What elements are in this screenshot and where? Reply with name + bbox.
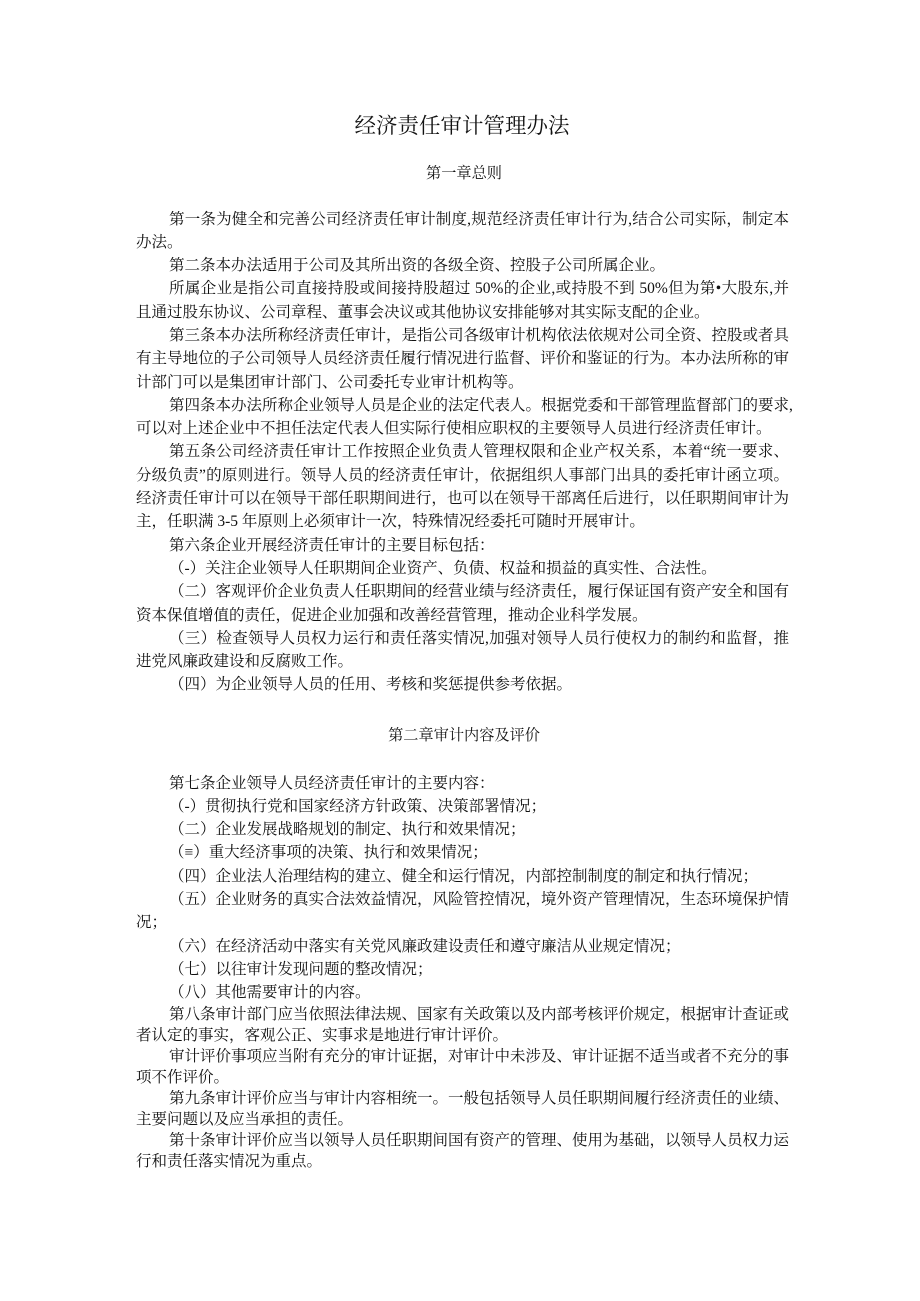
text-line: 有主导地位的子公司领导人员经济责任履行情况进行监督、评价和鉴证的行为。本办法所称… [136,347,789,370]
article-7: 第七条企业领导人员经济责任审计的主要内容： [136,772,789,795]
text-line: 第七条企业领导人员经济责任审计的主要内容： [136,772,789,795]
text-line: 第四条本办法所称企业领导人员是企业的法定代表人。根据党委和干部管理监督部门的要求… [136,394,789,417]
text-line: 经济责任审计可以在领导干部任职期间进行，也可以在领导干部离任后进行，以任职期间审… [136,487,789,510]
text-line: 资本保值增值的责任，促进企业加强和改善经营管理，推动企业科学发展。 [136,604,789,627]
objective-item-3: （三）检查领导人员权力运行和责任落实情况,加强对领导人员行使权力的制约和监督，推… [136,627,789,674]
article-2: 第二条本办法适用于公司及其所出资的各级全资、控股子公司所属企业。 [136,254,789,277]
text-line: 况； [136,911,789,934]
article-2-subparagraph: 所属企业是指公司直接持股或间接持股超过 50%的企业,或持股不到 50%但为第•… [136,277,789,324]
text-line: 分级负责”的原则进行。领导人员的经济责任审计，依据组织人事部门出具的委托审计函立… [136,464,789,487]
document-title: 经济责任审计管理办法 [0,114,920,138]
text-line: （四）为企业领导人员的任用、考核和奖惩提供参考依据。 [136,673,789,696]
text-line: 所属企业是指公司直接持股或间接持股超过 50%的企业,或持股不到 50%但为第•… [136,277,789,300]
chapter-2-body: 第七条企业领导人员经济责任审计的主要内容： （-）贯彻执行党和国家经济方针政策、… [136,772,789,1173]
text-line: 项不作评价。 [136,1067,789,1088]
document-page: 经济责任审计管理办法 第一章总则 第一条为健全和完善公司经济责任审计制度,规范经… [0,0,920,1301]
audit-content-item-4: （四）企业法人治理结构的建立、健全和运行情况，内部控制制度的制定和执行情况； [136,865,789,888]
text-line: 第九条审计评价应当与审计内容相统一。一般包括领导人员任职期间履行经济责任的业绩、 [136,1088,789,1109]
text-line: 主，任职满 3-5 年原则上必须审计一次，特殊情况经委托可随时开展审计。 [136,510,789,533]
text-line: 第五条公司经济责任审计工作按照企业负责人管理权限和企业产权关系，本着“统一要求、 [136,440,789,463]
article-4: 第四条本办法所称企业领导人员是企业的法定代表人。根据党委和干部管理监督部门的要求… [136,394,789,441]
text-line: （-）贯彻执行党和国家经济方针政策、决策部署情况； [136,795,789,818]
text-line: 主要问题以及应当承担的责任。 [136,1109,789,1130]
text-line: （二）企业发展战略规划的制定、执行和效果情况； [136,818,789,841]
article-5: 第五条公司经济责任审计工作按照企业负责人管理权限和企业产权关系，本着“统一要求、… [136,440,789,533]
text-line: （三）检查领导人员权力运行和责任落实情况,加强对领导人员行使权力的制约和监督，推 [136,627,789,650]
text-line: 计部门可以是集团审计部门、公司委托专业审计机构等。 [136,371,789,394]
chapter-1-heading: 第一章总则 [0,162,920,185]
text-line: （二）客观评价企业负责人任职期间的经营业绩与经济责任，履行保证国有资产安全和国有 [136,580,789,603]
audit-content-item-1: （-）贯彻执行党和国家经济方针政策、决策部署情况； [136,795,789,818]
audit-content-item-8: （八）其他需要审计的内容。 [136,981,789,1004]
text-line: 审计评价事项应当附有充分的审计证据，对审计中未涉及、审计证据不适当或者不充分的事 [136,1046,789,1067]
text-line: 第六条企业开展经济责任审计的主要目标包括： [136,534,789,557]
objective-item-4: （四）为企业领导人员的任用、考核和奖惩提供参考依据。 [136,673,789,696]
text-line: （五）企业财务的真实合法效益情况，风险管控情况，境外资产管理情况，生态环境保护情 [136,888,789,911]
evaluation-articles: 第八条审计部门应当依照法律法规、国家有关政策以及内部考核评价规定，根据审计查证或… [136,1004,789,1172]
article-8-subparagraph: 审计评价事项应当附有充分的审计证据，对审计中未涉及、审计证据不适当或者不充分的事… [136,1046,789,1088]
chapter-2-heading: 第二章审计内容及评价 [0,724,920,747]
text-line: 者认定的事实，客观公正、实事求是地进行审计评价。 [136,1025,789,1046]
objective-item-1: （-）关注企业领导人任职期间企业资产、负债、权益和损益的真实性、合法性。 [136,557,789,580]
article-6: 第六条企业开展经济责任审计的主要目标包括： [136,534,789,557]
article-10: 第十条审计评价应当以领导人员任职期间国有资产的管理、使用为基础，以领导人员权力运… [136,1130,789,1172]
article-1: 第一条为健全和完善公司经济责任审计制度,规范经济责任审计行为,结合公司实际，制定… [136,208,789,255]
text-line: （七）以往审计发现问题的整改情况； [136,958,789,981]
text-line: 第三条本办法所称经济责任审计，是指公司各级审计机构依法依规对公司全资、控股或者具 [136,324,789,347]
text-line: 第一条为健全和完善公司经济责任审计制度,规范经济责任审计行为,结合公司实际，制定… [136,208,789,231]
text-line: 第二条本办法适用于公司及其所出资的各级全资、控股子公司所属企业。 [136,254,789,277]
text-line: 行和责任落实情况为重点。 [136,1151,789,1172]
chapter-1-body: 第一条为健全和完善公司经济责任审计制度,规范经济责任审计行为,结合公司实际，制定… [136,208,789,697]
audit-content-item-6: （六）在经济活动中落实有关党风廉政建设责任和遵守廉洁从业规定情况； [136,935,789,958]
text-line: （≡）重大经济事项的决策、执行和效果情况； [136,841,789,864]
text-line: （-）关注企业领导人任职期间企业资产、负债、权益和损益的真实性、合法性。 [136,557,789,580]
text-line: 可以对上述企业中不担任法定代表人但实际行使相应职权的主要领导人员进行经济责任审计… [136,417,789,440]
text-line: 第八条审计部门应当依照法律法规、国家有关政策以及内部考核评价规定，根据审计查证或 [136,1004,789,1025]
audit-content-item-3: （≡）重大经济事项的决策、执行和效果情况； [136,841,789,864]
text-line: （六）在经济活动中落实有关党风廉政建设责任和遵守廉洁从业规定情况； [136,935,789,958]
objective-item-2: （二）客观评价企业负责人任职期间的经营业绩与经济责任，履行保证国有资产安全和国有… [136,580,789,627]
audit-content-item-5: （五）企业财务的真实合法效益情况，风险管控情况，境外资产管理情况，生态环境保护情… [136,888,789,935]
text-line: 第十条审计评价应当以领导人员任职期间国有资产的管理、使用为基础，以领导人员权力运 [136,1130,789,1151]
text-line: （四）企业法人治理结构的建立、健全和运行情况，内部控制制度的制定和执行情况； [136,865,789,888]
text-line: 且通过股东协议、公司章程、董事会决议或其他协议安排能够对其实际支配的企业。 [136,301,789,324]
audit-content-item-2: （二）企业发展战略规划的制定、执行和效果情况； [136,818,789,841]
article-9: 第九条审计评价应当与审计内容相统一。一般包括领导人员任职期间履行经济责任的业绩、… [136,1088,789,1130]
article-8: 第八条审计部门应当依照法律法规、国家有关政策以及内部考核评价规定，根据审计查证或… [136,1004,789,1046]
audit-content-item-7: （七）以往审计发现问题的整改情况； [136,958,789,981]
text-line: 进党风廉政建设和反腐败工作。 [136,650,789,673]
article-3: 第三条本办法所称经济责任审计，是指公司各级审计机构依法依规对公司全资、控股或者具… [136,324,789,394]
text-line: 办法。 [136,231,789,254]
text-line: （八）其他需要审计的内容。 [136,981,789,1004]
